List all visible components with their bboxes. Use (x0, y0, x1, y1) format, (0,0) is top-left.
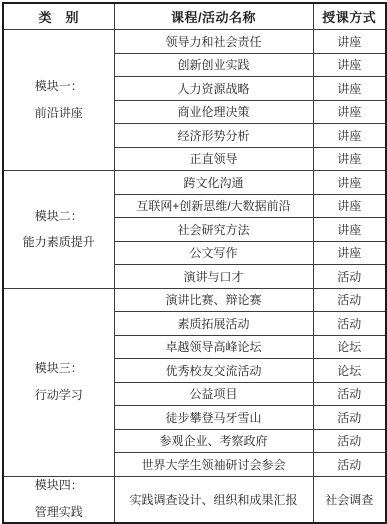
category-line-2: 前沿讲座 (6, 107, 112, 120)
method-cell: 论坛 (313, 359, 386, 383)
course-cell: 领导力和社会责任 (114, 30, 313, 54)
method-cell: 活动 (313, 406, 386, 430)
header-category: 类 别 (3, 3, 114, 30)
method-cell: 论坛 (313, 335, 386, 359)
method-cell: 讲座 (313, 241, 386, 265)
table-row: 模块四： 管理实践 实践调查设计、组织和成果汇报 社会调查 (3, 476, 386, 523)
category-line-2: 管理实践 (6, 506, 112, 519)
category-cell-module-1: 模块一： 前沿讲座 (3, 30, 114, 171)
course-cell: 演讲与口才 (114, 265, 313, 289)
method-cell: 讲座 (313, 218, 386, 242)
course-cell: 参观企业、考察政府 (114, 429, 313, 453)
course-cell: 互联网+创新思维/大数据前沿 (114, 194, 313, 218)
method-cell: 讲座 (313, 77, 386, 101)
course-cell: 公益项目 (114, 382, 313, 406)
method-cell: 活动 (313, 382, 386, 406)
method-cell: 活动 (313, 265, 386, 289)
category-cell-module-3: 模块三： 行动学习 (3, 288, 114, 476)
course-cell: 素质拓展活动 (114, 312, 313, 336)
category-line-1: 模块二： (6, 210, 112, 223)
course-cell: 商业伦理决策 (114, 100, 313, 124)
course-cell: 演讲比赛、辩论赛 (114, 288, 313, 312)
category-line-1: 模块四： (6, 479, 112, 492)
method-cell: 讲座 (313, 124, 386, 148)
table-row: 模块二： 能力素质提升 跨文化沟通 讲座 (3, 171, 386, 195)
header-row: 类 别 课程/活动名称 授课方式 (3, 3, 386, 30)
method-cell: 讲座 (313, 194, 386, 218)
course-cell: 公文写作 (114, 241, 313, 265)
document-page: 类 别 课程/活动名称 授课方式 模块一： 前沿讲座 领导力和社会责任 讲座 创… (0, 0, 387, 524)
category-line-1: 模块一： (6, 80, 112, 93)
method-cell: 活动 (313, 453, 386, 477)
method-cell: 讲座 (313, 171, 386, 195)
method-cell: 社会调查 (313, 476, 386, 523)
header-course-name: 课程/活动名称 (114, 3, 313, 30)
course-cell: 跨文化沟通 (114, 171, 313, 195)
course-cell: 优秀校友交流活动 (114, 359, 313, 383)
method-cell: 讲座 (313, 53, 386, 77)
method-cell: 活动 (313, 288, 386, 312)
category-cell-module-2: 模块二： 能力素质提升 (3, 171, 114, 289)
method-cell: 讲座 (313, 100, 386, 124)
category-line-1: 模块三： (6, 362, 112, 375)
course-cell: 经济形势分析 (114, 124, 313, 148)
method-cell: 讲座 (313, 147, 386, 171)
method-cell: 活动 (313, 429, 386, 453)
course-cell: 社会研究方法 (114, 218, 313, 242)
course-cell: 创新创业实践 (114, 53, 313, 77)
course-cell: 人力资源战略 (114, 77, 313, 101)
category-line-2: 能力素质提升 (6, 236, 112, 249)
course-cell: 徒步攀登马牙雪山 (114, 406, 313, 430)
header-teaching-method: 授课方式 (313, 3, 386, 30)
category-cell-module-4: 模块四： 管理实践 (3, 476, 114, 523)
method-cell: 活动 (313, 312, 386, 336)
course-cell: 正直领导 (114, 147, 313, 171)
course-cell: 实践调查设计、组织和成果汇报 (114, 476, 313, 523)
category-line-2: 行动学习 (6, 389, 112, 402)
method-cell: 讲座 (313, 30, 386, 54)
course-cell: 卓越领导高峰论坛 (114, 335, 313, 359)
table-row: 模块一： 前沿讲座 领导力和社会责任 讲座 (3, 30, 386, 54)
course-module-table: 类 别 课程/活动名称 授课方式 模块一： 前沿讲座 领导力和社会责任 讲座 创… (2, 2, 387, 524)
course-cell: 世界大学生领袖研讨会参会 (114, 453, 313, 477)
table-row: 模块三： 行动学习 演讲比赛、辩论赛 活动 (3, 288, 386, 312)
